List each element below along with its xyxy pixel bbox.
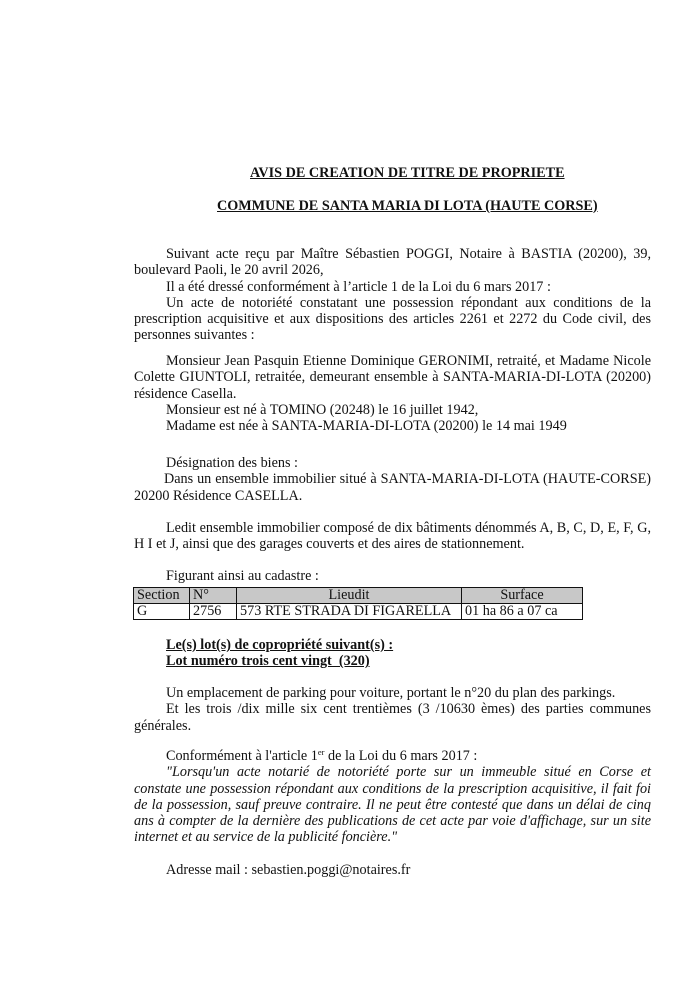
ensemble-paragraph: Ledit ensemble immobilier composé de dix… [134, 520, 651, 553]
monsieur-birth: Monsieur est né à TOMINO (20248) le 16 j… [134, 402, 651, 418]
lot-number: Lot numéro trois cent vingt (320) [166, 653, 370, 669]
header-surface: Surface [462, 588, 583, 604]
designation-section: Désignation des biens : Dans un ensemble… [134, 455, 651, 504]
header-number: N° [190, 588, 237, 604]
lots-description-section: Un emplacement de parking pour voiture, … [134, 685, 651, 734]
notary-act-paragraph: Suivant acte reçu par Maître Sébastien P… [134, 246, 651, 279]
contact-section: Adresse mail : sebastien.poggi@notaires.… [134, 862, 651, 878]
document-page: AVIS DE CREATION DE TITRE DE PROPRIETE C… [0, 0, 699, 989]
cell-lieudit: 573 RTE STRADA DI FIGARELLA [237, 604, 462, 620]
law-intro-text: Conformément à l'article 1 [166, 748, 318, 764]
cadastre-header-row: Section N° Lieudit Surface [134, 588, 583, 604]
email-address[interactable]: sebastien.poggi@notaires.fr [252, 862, 411, 878]
law-intro: Conformément à l'article 1er de la Loi d… [134, 748, 651, 764]
law-quote: "Lorsqu'un acte notarié de notoriété por… [134, 764, 651, 845]
cell-surface: 01 ha 86 a 07 ca [462, 604, 583, 620]
notoriety-paragraph: Un acte de notoriété constatant une poss… [134, 295, 651, 344]
persons-paragraph: Monsieur Jean Pasquin Etienne Dominique … [134, 353, 651, 402]
ensemble-section: Ledit ensemble immobilier composé de dix… [134, 520, 651, 553]
cadastre-label-wrap: Figurant ainsi au cadastre : [134, 568, 651, 584]
cell-section: G [134, 604, 190, 620]
shares-paragraph: Et les trois /dix mille six cent trentiè… [134, 701, 651, 734]
cadastre-table: Section N° Lieudit Surface G 2756 573 RT… [133, 587, 583, 620]
persons-section: Monsieur Jean Pasquin Etienne Dominique … [134, 353, 651, 434]
madame-birth: Madame est née à SANTA-MARIA-DI-LOTA (20… [134, 418, 651, 434]
designation-text: Dans un ensemble immobilier situé à SANT… [134, 471, 651, 504]
cadastre-label: Figurant ainsi au cadastre : [134, 568, 651, 584]
lots-heading: Le(s) lot(s) de copropriété suivant(s) : [166, 637, 393, 653]
contact-line: Adresse mail : sebastien.poggi@notaires.… [134, 862, 651, 878]
commune-title: COMMUNE DE SANTA MARIA DI LOTA (HAUTE CO… [217, 198, 598, 214]
law-intro-text-after: de la Loi du 6 mars 2017 : [324, 748, 477, 764]
designation-label: Désignation des biens : [134, 455, 651, 471]
table-row: G 2756 573 RTE STRADA DI FIGARELLA 01 ha… [134, 604, 583, 620]
cell-number: 2756 [190, 604, 237, 620]
intro-section: Suivant acte reçu par Maître Sébastien P… [134, 246, 651, 344]
email-label: Adresse mail : [166, 862, 252, 878]
law-section: Conformément à l'article 1er de la Loi d… [134, 748, 651, 846]
parking-paragraph: Un emplacement de parking pour voiture, … [134, 685, 651, 701]
document-title: AVIS DE CREATION DE TITRE DE PROPRIETE [250, 165, 565, 181]
law-reference-paragraph: Il a été dressé conformément à l’article… [134, 279, 651, 295]
header-lieudit: Lieudit [237, 588, 462, 604]
header-section: Section [134, 588, 190, 604]
lots-heading-section: Le(s) lot(s) de copropriété suivant(s) :… [134, 637, 651, 670]
